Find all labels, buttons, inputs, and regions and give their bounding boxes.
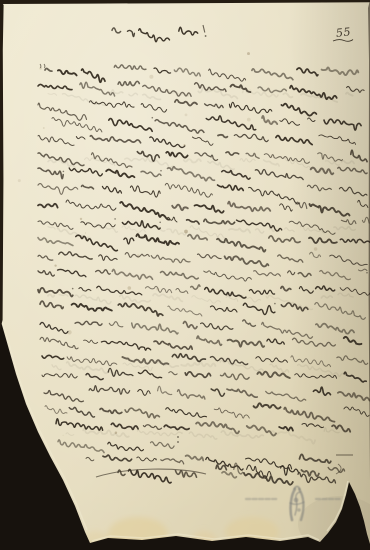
ink-blot [72,288,74,290]
stamp-blot [294,498,299,503]
ink-blot [155,458,157,460]
manuscript-scan: 55 [0,0,370,550]
closing-colon [177,436,179,438]
ink-blot [274,303,276,305]
ink-blot [366,272,368,274]
closing-colon [177,441,179,443]
ink-blot [159,222,161,224]
heading-exclamation-dot [205,35,207,37]
folio-number: 55 [335,25,351,39]
ink-blot [160,170,162,172]
ink-blot [152,117,154,119]
stamp-blot [297,508,301,512]
ink-blot [187,155,189,157]
ink-blot [55,161,57,163]
ink-blot [234,222,236,224]
ink-blot [63,171,65,173]
ink-blot [181,432,183,434]
scanned-letter: 55 [0,0,370,550]
ink-blot [114,218,116,220]
